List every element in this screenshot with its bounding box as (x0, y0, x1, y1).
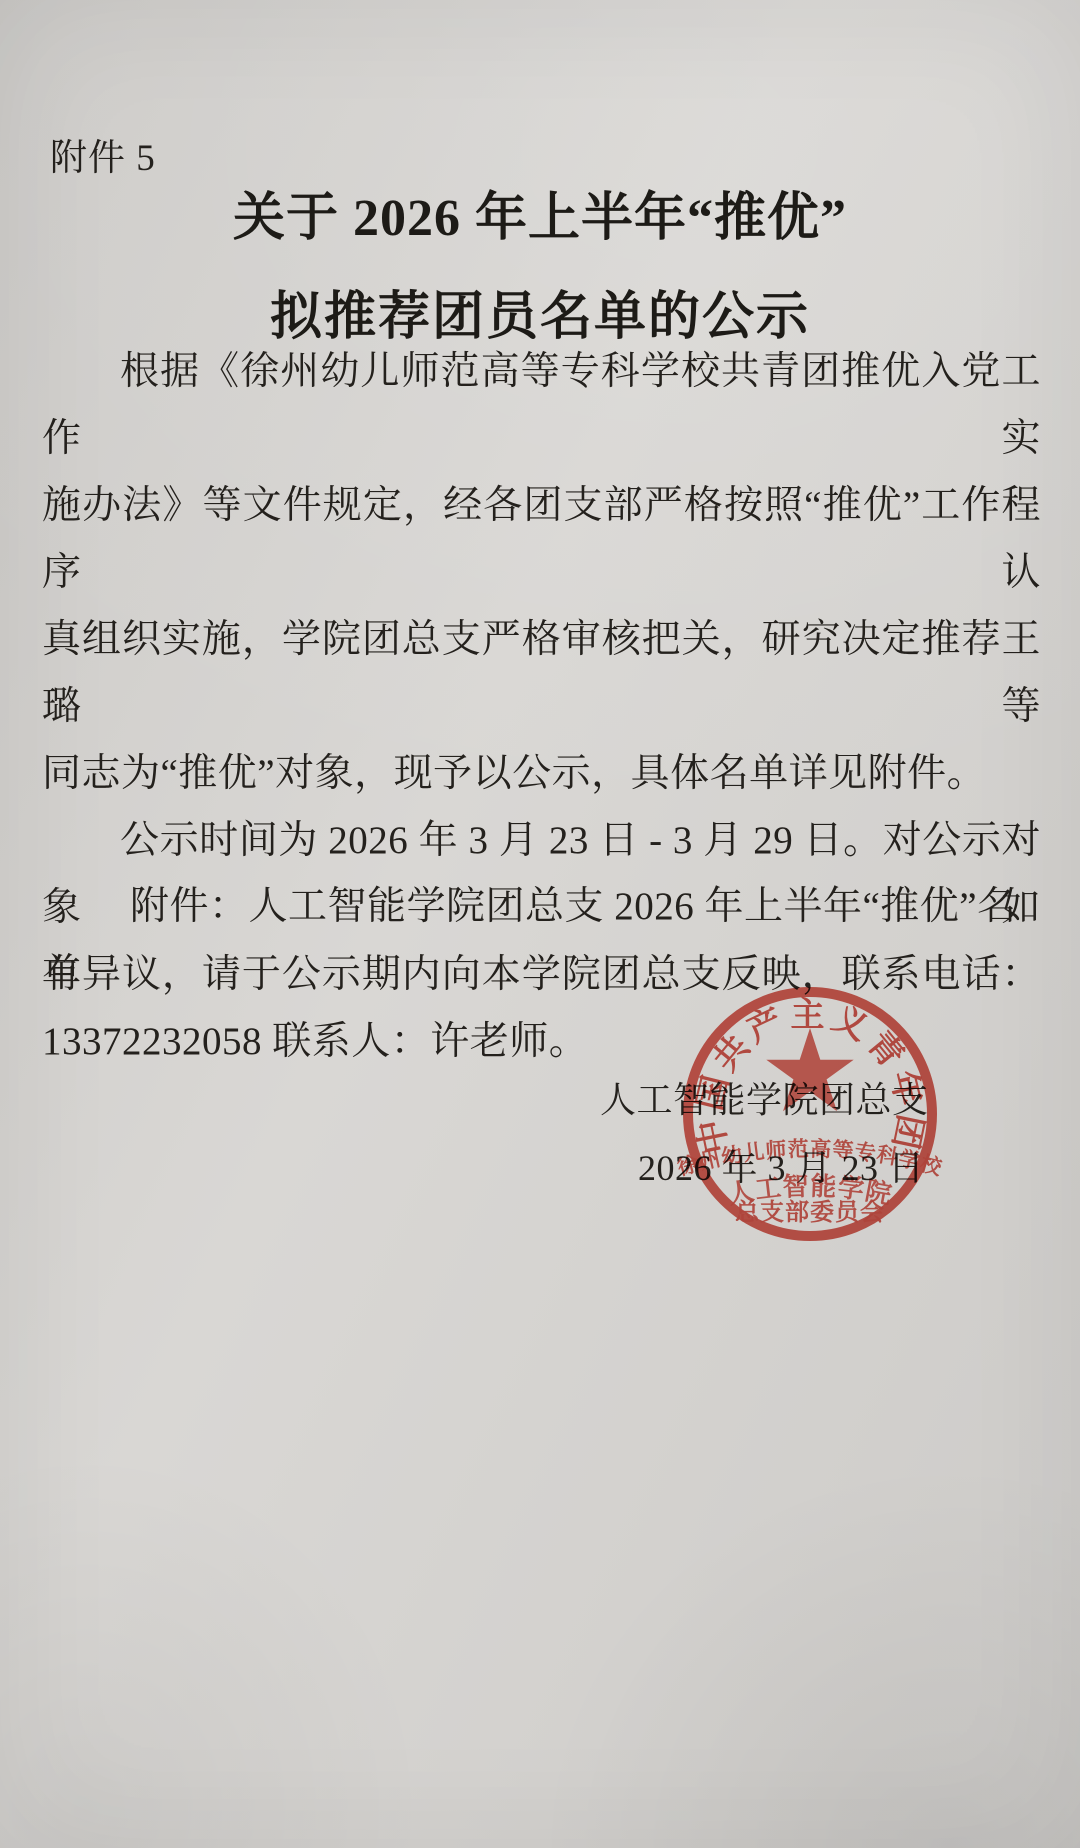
body-line: 施办法》等文件规定，经各团支部严格按照“推优”工作程序认 (42, 472, 1041, 606)
seal-star-icon (766, 1028, 853, 1111)
body-line: 真组织实施，学院团总支严格审核把关，研究决定推荐王璐等 (42, 606, 1041, 740)
scanned-notice-page: 附件 5 关于 2026 年上半年“推优” 拟推荐团员名单的公示 根据《徐州幼儿… (0, 0, 1080, 1848)
attachment-number: 附件 5 (50, 139, 156, 180)
seal-committee-text: 总支部委员会 (735, 1198, 885, 1226)
body-line: 根据《徐州幼儿师范高等专科学校共青团推优入党工作实 (42, 338, 1041, 472)
body-line: 同志为“推优”对象，现予以公示，具体名单详见附件。 (42, 740, 1041, 807)
doc-title: 关于 2026 年上半年“推优” 拟推荐团员名单的公示 (40, 189, 1040, 348)
official-seal: 中国共产主义青年团 徐州幼儿师范高等专科学校 人工智能学院 总支部委员会 (660, 964, 960, 1264)
doc-title-line1: 关于 2026 年上半年“推优” (40, 189, 1040, 249)
